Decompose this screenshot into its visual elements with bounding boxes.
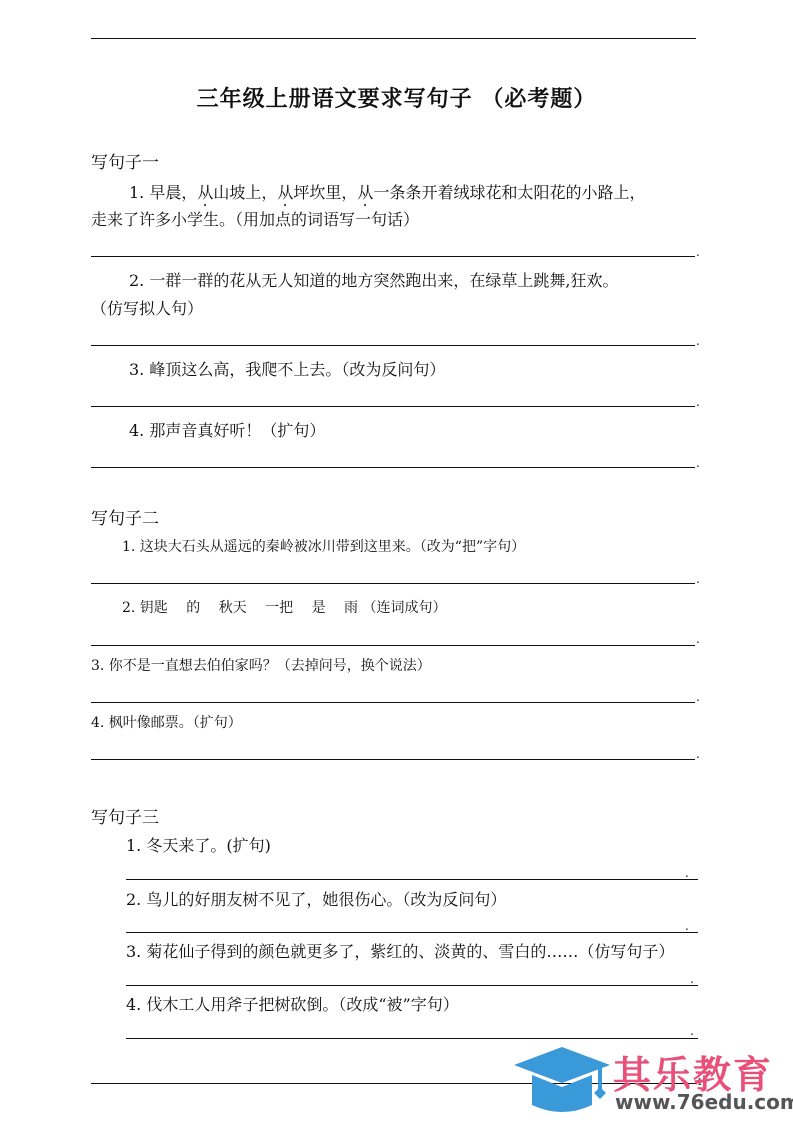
emphasized-word: 从 <box>197 183 213 202</box>
emphasized-word: 从 <box>357 183 373 202</box>
line-end-mark: . <box>690 972 694 986</box>
answer-line[interactable] <box>91 759 695 760</box>
line-end-mark: . <box>696 334 700 348</box>
line-end-mark: . <box>685 919 689 933</box>
question-1-2: 2. 一群一群的花从无人知道的地方突然跑出来，在绿草上跳舞,狂欢。 <box>129 268 618 291</box>
emphasized-word: 从 <box>277 183 293 202</box>
graduation-cap-icon <box>512 1045 612 1117</box>
line-end-mark: . <box>696 395 700 409</box>
line-end-mark: . <box>696 632 700 646</box>
answer-line[interactable] <box>91 345 695 346</box>
question-3-3: 3. 菊花仙子得到的颜色就更多了，紫红的、淡黄的、雪白的……（仿写句子） <box>126 939 674 962</box>
question-2-3: 3. 你不是一直想去伯伯家吗？（去掉问号，换个说法） <box>91 655 431 675</box>
line-end-mark: . <box>685 866 689 880</box>
question-2-2: 2. 钥匙 的 秋天 一把 是 雨 （连词成句） <box>122 597 447 617</box>
question-2-1: 1. 这块大石头从遥远的秦岭被冰川带到这里来。（改为“把”字句） <box>122 536 525 556</box>
line-end-mark: . <box>690 1024 694 1038</box>
question-3-1: 1. 冬天来了。(扩句) <box>126 833 271 856</box>
question-1-2-cont: （仿写拟人句） <box>91 296 203 319</box>
answer-line[interactable] <box>126 985 698 986</box>
section-heading-2: 写句子二 <box>91 504 159 529</box>
section-heading-3: 写句子三 <box>91 803 159 828</box>
answer-line[interactable] <box>126 879 698 880</box>
question-3-2: 2. 鸟儿的好朋友树不见了，她很伤心。（改为反问句） <box>126 887 506 910</box>
line-end-mark: . <box>696 456 700 470</box>
question-1-3: 3. 峰顶这么高，我爬不上去。（改为反问句） <box>129 357 445 380</box>
question-1-1: 1. 早晨，从山坡上，从坪坎里，从一条条开着绒球花和太阳花的小路上， <box>129 180 645 203</box>
answer-line[interactable] <box>91 256 695 257</box>
brand-url: www.76edu.com <box>615 1090 793 1114</box>
answer-line[interactable] <box>91 467 695 468</box>
question-3-4: 4. 伐木工人用斧子把树砍倒。（改成“被”字句） <box>126 992 459 1015</box>
line-end-mark: . <box>696 245 700 259</box>
answer-line[interactable] <box>126 932 698 933</box>
answer-line[interactable] <box>91 406 695 407</box>
question-2-4: 4. 枫叶像邮票。（扩句） <box>91 712 242 732</box>
answer-line[interactable] <box>126 1038 698 1039</box>
page-title: 三年级上册语文要求写句子 （必考题） <box>0 82 793 113</box>
top-rule <box>91 38 696 39</box>
question-1-4: 4. 那声音真好听！（扩句） <box>129 418 325 441</box>
answer-line[interactable] <box>91 702 695 703</box>
line-end-mark: . <box>696 690 700 704</box>
answer-line[interactable] <box>91 583 695 584</box>
answer-line[interactable] <box>91 645 695 646</box>
line-end-mark: . <box>696 747 700 761</box>
section-heading-1: 写句子一 <box>91 148 159 173</box>
question-1-1-cont: 走来了许多小学生。（用加点的词语写一句话） <box>91 207 419 230</box>
line-end-mark: . <box>696 572 700 586</box>
